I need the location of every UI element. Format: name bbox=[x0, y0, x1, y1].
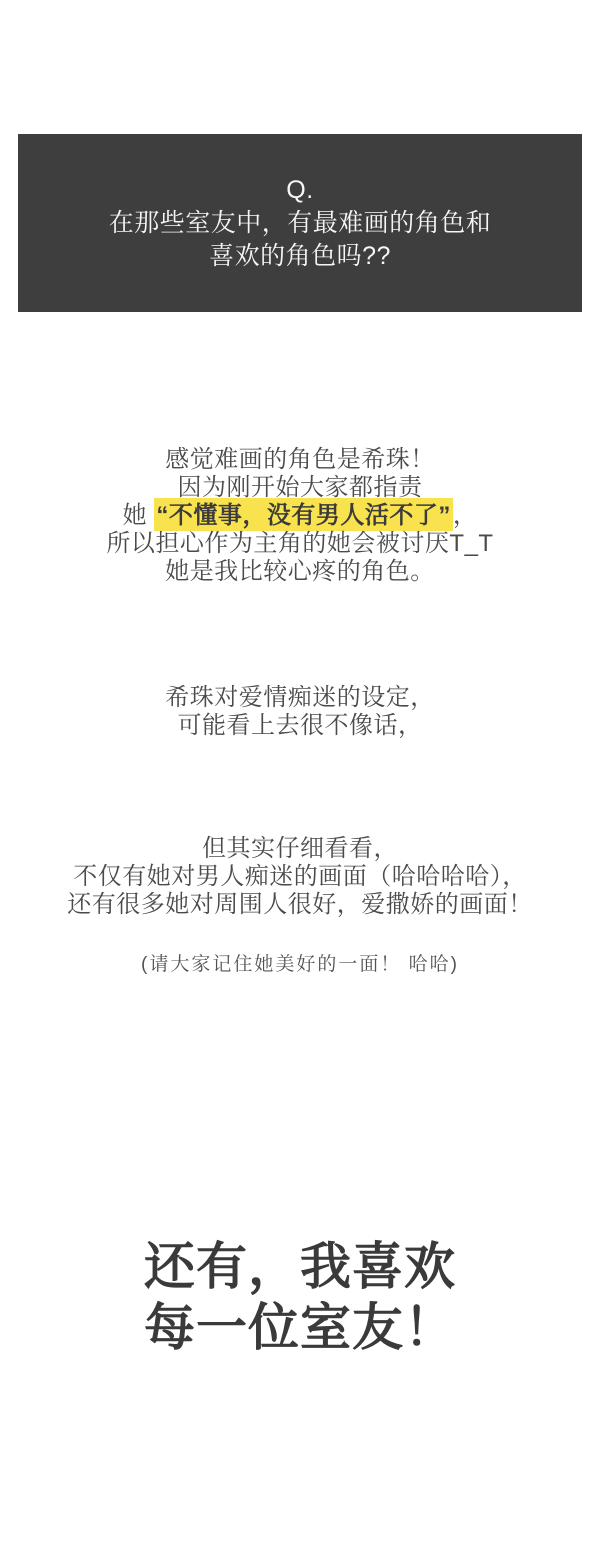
text-line-with-highlight: 她 “不懂事，没有男人活不了”， bbox=[0, 502, 600, 530]
text-line: 她是我比较心疼的角色。 bbox=[0, 558, 600, 586]
closing-statement: 还有，我喜欢 每一位室友！ bbox=[0, 1237, 600, 1359]
question-line-1: 在那些室友中，有最难画的角色和 bbox=[109, 207, 492, 240]
handwritten-note: (请大家记住她美好的一面！ 哈哈) bbox=[0, 952, 600, 977]
text-line: 感觉难画的角色是希珠！ bbox=[0, 446, 600, 474]
text-line: 希珠对爱情痴迷的设定， bbox=[0, 684, 600, 712]
answer-paragraph-2: 希珠对爱情痴迷的设定， 可能看上去很不像话， bbox=[0, 684, 600, 740]
text-line: 还有很多她对周围人很好，爱撒娇的画面！ bbox=[0, 891, 600, 919]
closing-line-1: 还有，我喜欢 bbox=[0, 1237, 600, 1298]
quote-prefix: 她 bbox=[123, 502, 155, 529]
text-line: 但其实仔细看看， bbox=[0, 835, 600, 863]
highlighted-quote: “不懂事，没有男人活不了” bbox=[154, 498, 453, 531]
question-line-2: 喜欢的角色吗?? bbox=[209, 240, 391, 273]
text-line: 不仅有她对男人痴迷的画面（哈哈哈哈）， bbox=[0, 863, 600, 891]
text-line: 可能看上去很不像话， bbox=[0, 712, 600, 740]
answer-paragraph-3: 但其实仔细看看， 不仅有她对男人痴迷的画面（哈哈哈哈）， 还有很多她对周围人很好… bbox=[0, 835, 600, 919]
answer-paragraph-1: 感觉难画的角色是希珠！ 因为刚开始大家都指责 她 “不懂事，没有男人活不了”， … bbox=[0, 446, 600, 586]
quote-suffix: ， bbox=[453, 502, 478, 529]
closing-line-2: 每一位室友！ bbox=[0, 1298, 600, 1359]
qa-card: Q. 在那些室友中，有最难画的角色和 喜欢的角色吗?? 感觉难画的角色是希珠！ … bbox=[0, 0, 600, 1565]
text-line: 所以担心作为主角的她会被讨厌T_T bbox=[0, 530, 600, 558]
question-box: Q. 在那些室友中，有最难画的角色和 喜欢的角色吗?? bbox=[18, 134, 582, 312]
question-label: Q. bbox=[286, 174, 313, 207]
